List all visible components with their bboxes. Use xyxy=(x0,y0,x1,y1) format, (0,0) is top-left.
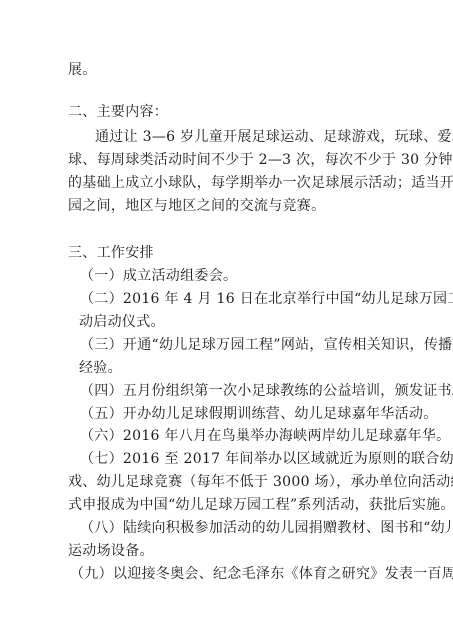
section-heading-main-content: 二、主要内容： xyxy=(68,104,168,120)
paragraph-line: 球、每周球类活动时间不少于 2—3 次，每次不少于 30 分钟，在普及 xyxy=(68,152,384,168)
work-item-3-cont: 经验。 xyxy=(79,360,122,376)
work-item-9: （九）以迎接冬奥会、纪念毛泽东《体育之研究》发表一百周年为契 xyxy=(70,566,384,582)
work-item-2-cont: 动启动仪式。 xyxy=(79,314,165,330)
paragraph-line: 通过让 3—6 岁儿童开展足球运动、足球游戏，玩球、爱球、踢 xyxy=(95,129,384,145)
work-item-6: （六）2016 年八月在鸟巢举办海峡两岸幼儿足球嘉年华。 xyxy=(80,428,450,444)
work-item-3: （三）开通“幼儿足球万园工程”网站，宣传相关知识，传播先进 xyxy=(80,337,384,353)
document-page: 展。 二、主要内容： 通过让 3—6 岁儿童开展足球运动、足球游戏，玩球、爱球、… xyxy=(0,0,453,640)
work-item-5: （五）开办幼儿足球假期训练营、幼儿足球嘉年华活动。 xyxy=(80,406,438,422)
work-item-8-cont: 运动场设备。 xyxy=(68,543,154,559)
work-item-8: （八）陆续向积极参加活动的幼儿园捐赠教材、图书和“幼儿足球” xyxy=(80,520,384,536)
work-item-2: （二）2016 年 4 月 16 日在北京举行中国“幼儿足球万园工程”活 xyxy=(80,291,384,307)
paragraph-line: 园之间，地区与地区之间的交流与竞赛。 xyxy=(68,198,325,214)
work-item-7-cont: 式申报成为中国“幼儿足球万园工程”系列活动，获批后实施。 xyxy=(68,497,453,513)
section-heading-work-plan: 三、工作安排 xyxy=(68,245,154,261)
work-item-7-cont: 戏、幼儿足球竞赛（每年不低于 3000 场），承办单位向活动组委正 xyxy=(68,474,384,490)
work-item-7: （七）2016 至 2017 年间举办以区域就近为原则的联合幼儿足球游 xyxy=(80,451,384,467)
work-item-1: （一）成立活动组委会。 xyxy=(80,268,237,284)
work-item-4: （四）五月份组织第一次小足球教练的公益培训，颁发证书。 xyxy=(80,383,453,399)
carryover-text: 展。 xyxy=(68,62,97,78)
paragraph-line: 的基础上成立小球队，每学期举办一次足球展示活动；适当开展园与 xyxy=(68,175,384,191)
